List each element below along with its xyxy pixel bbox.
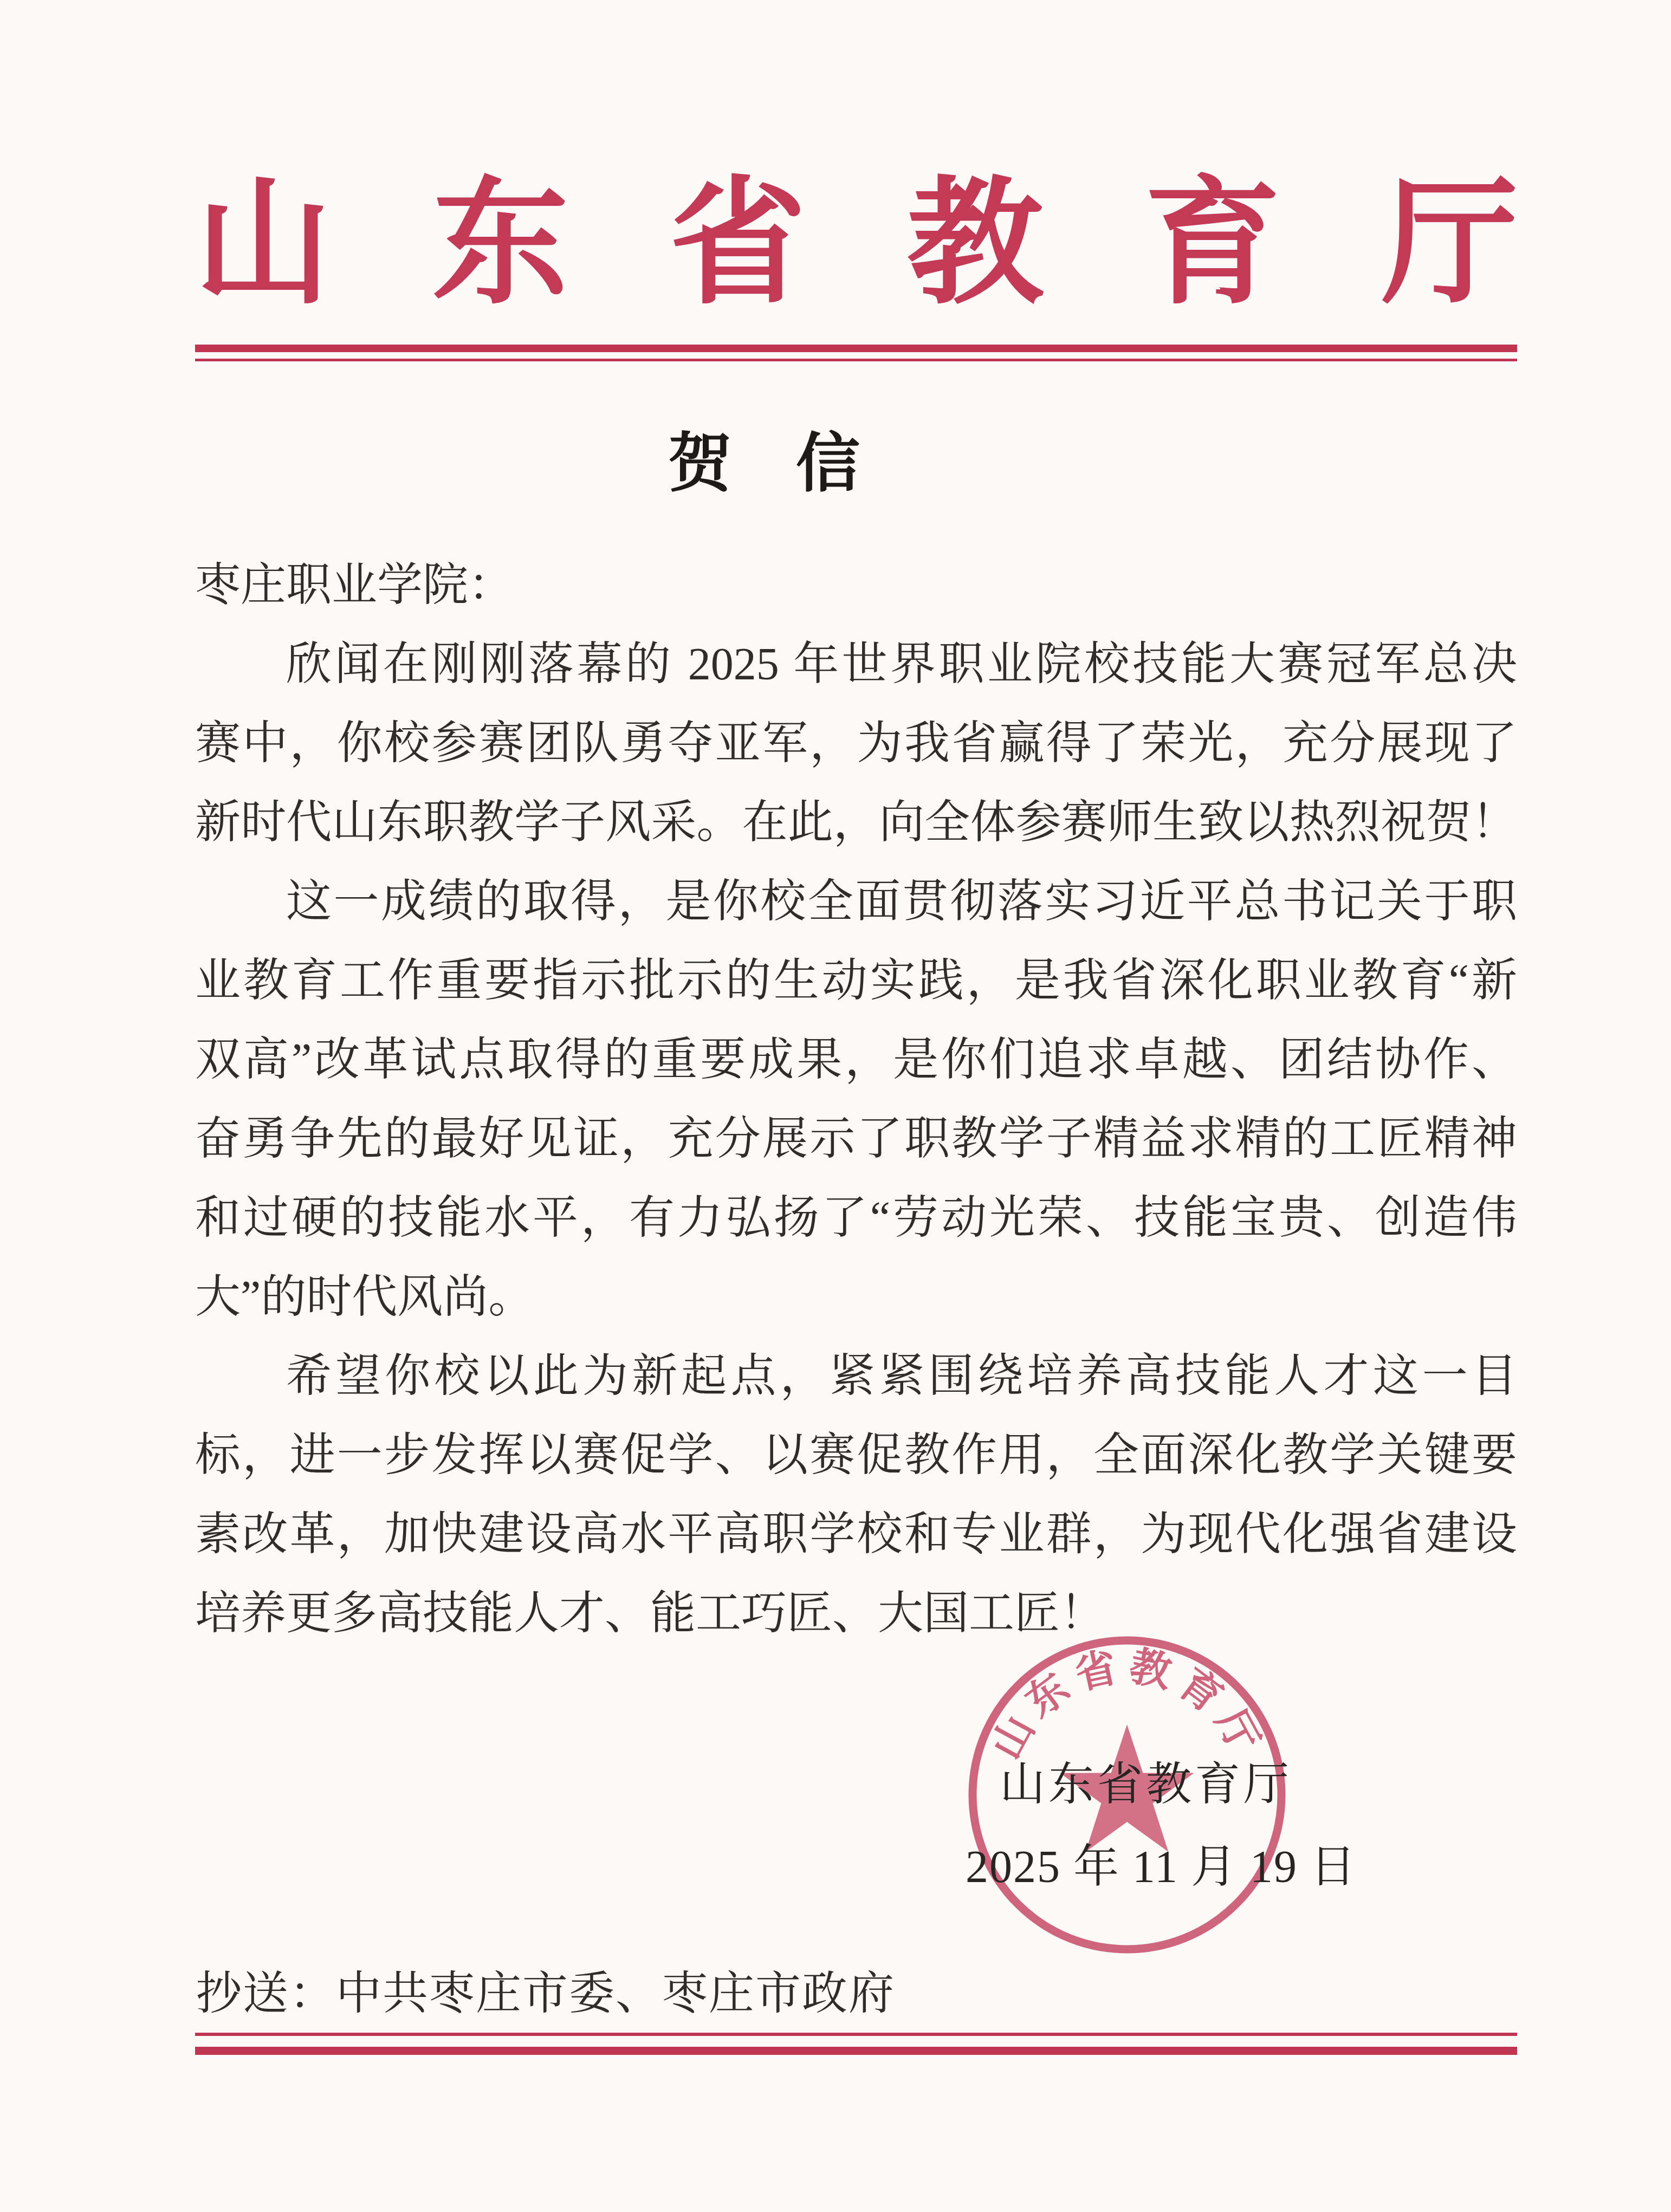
letter-body: 枣庄职业学院： 欣闻在刚刚落幕的 2025 年世界职业院校技能大赛冠军总决 赛中…: [195, 546, 1517, 1653]
letterhead-agency-name: 山东省教育厅: [195, 163, 1582, 326]
body-line: 这一成绩的取得，是你校全面贯彻落实习近平总书记关于职: [195, 862, 1517, 942]
body-line: 奋勇争先的最好见证，充分展示了职教学子精益求精的工匠精神: [195, 1100, 1517, 1179]
footer-rule-thin: [195, 2033, 1517, 2036]
cc-line: 抄送：中共枣庄市委、枣庄市政府: [196, 1957, 895, 2022]
body-line: 希望你校以此为新起点，紧紧围绕培养高技能人才这一目: [195, 1337, 1517, 1416]
letterhead-rule-thick: [195, 345, 1517, 352]
letterhead-rule-thin: [195, 359, 1517, 361]
signature-agency: 山东省教育厅: [1000, 1748, 1292, 1813]
body-line: 新时代山东职教学子风采。在此，向全体参赛师生致以热烈祝贺！: [195, 783, 1517, 862]
body-line: 业教育工作重要指示批示的生动实践，是我省深化职业教育“新: [195, 942, 1517, 1021]
salutation: 枣庄职业学院：: [195, 546, 1517, 625]
body-line: 欣闻在刚刚落幕的 2025 年世界职业院校技能大赛冠军总决: [195, 625, 1517, 704]
body-line: 双高”改革试点取得的重要成果，是你们追求卓越、团结协作、: [195, 1021, 1517, 1100]
letter-page: 山东省教育厅 贺 信 枣庄职业学院： 欣闻在刚刚落幕的 2025 年世界职业院校…: [0, 0, 1671, 2212]
body-line: 素改革，加快建设高水平高职学校和专业群，为现代化强省建设: [195, 1495, 1517, 1574]
signature-date: 2025 年 11 月 19 日: [966, 1830, 1357, 1896]
footer-rule-thick: [195, 2047, 1517, 2055]
body-line: 大”的时代风尚。: [195, 1258, 1517, 1337]
body-line: 标，进一步发挥以赛促学、以赛促教作用，全面深化教学关键要: [195, 1416, 1517, 1495]
body-line: 和过硬的技能水平，有力弘扬了“劳动光荣、技能宝贵、创造伟: [195, 1179, 1517, 1258]
body-line: 培养更多高技能人才、能工巧匠、大国工匠！: [195, 1574, 1517, 1653]
body-line: 赛中，你校参赛团队勇夺亚军，为我省赢得了荣光，充分展现了: [195, 704, 1517, 783]
letter-title: 贺 信: [103, 426, 1425, 503]
